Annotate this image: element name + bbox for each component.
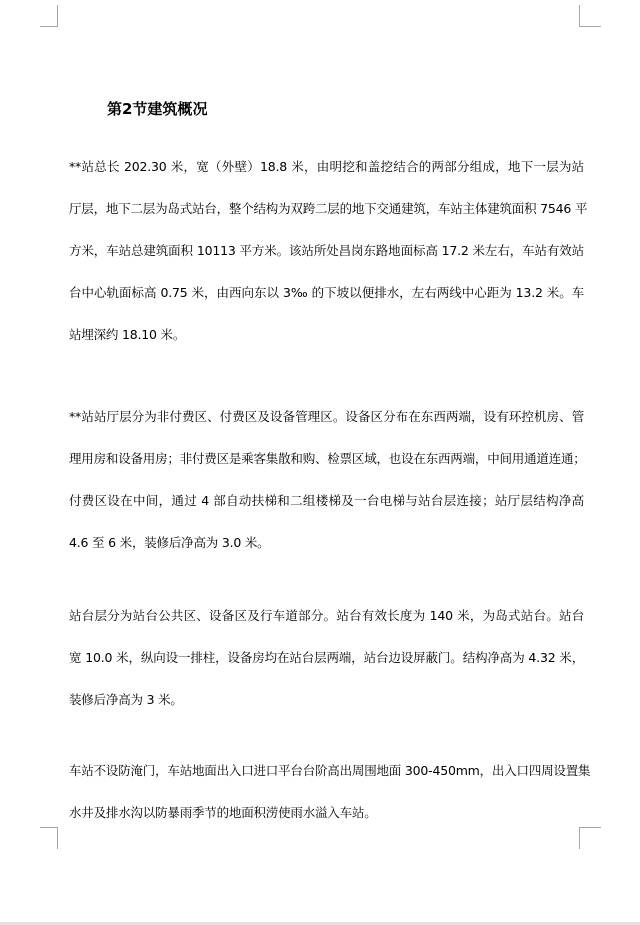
text-line: 4.6 至 6 米，装修后净高为 3.0 米。 — [69, 533, 584, 575]
paragraph-station-overview: **站总长 202.30 米，宽（外壁）18.8 米，由明挖和盖挖结合的两部分组… — [69, 157, 584, 367]
paragraph-concourse-level: **站站厅层分为非付费区、付费区及设备管理区。设备区分布在东西两端，设有环控机房… — [69, 407, 584, 575]
text-line: 装修后净高为 3 米。 — [69, 690, 584, 732]
text-line: 付费区设在中间，通过 4 部自动扶梯和二组楼梯及一台电梯与站台层连接；站厅层结构… — [69, 491, 584, 533]
paragraph-platform-level: 站台层分为站台公共区、设备区及行车道部分。站台有效长度为 140 米，为岛式站台… — [69, 606, 584, 732]
text-line: 理用房和设备用房；非付费区是乘客集散和购、检票区域，也设在东西两端，中间用通道连… — [69, 449, 584, 491]
paragraph-flood-protection: 车站不设防淹门，车站地面出入口进口平台台阶高出周围地面 300-450mm，出入… — [69, 761, 584, 845]
page-corner-mark-top-right — [579, 5, 601, 27]
text-line: 方米，车站总建筑面积 10113 平方米。该站所处昌岗东路地面标高 17.2 米… — [69, 241, 584, 283]
text-line: 车站不设防淹门，车站地面出入口进口平台台阶高出周围地面 300-450mm，出入… — [69, 761, 584, 803]
page-corner-mark-top-left — [40, 5, 58, 27]
text-line: 站埋深约 18.10 米。 — [69, 325, 584, 367]
text-line: 台中心轨面标高 0.75 米，由西向东以 3‰ 的下坡以便排水，左右两线中心距为… — [69, 283, 584, 325]
section-title: 第2节建筑概况 — [107, 98, 207, 119]
text-line: 宽 10.0 米，纵向设一排柱，设备房均在站台层两端，站台边设屏蔽门。结构净高为… — [69, 648, 584, 690]
text-line: 厅层，地下二层为岛式站台，整个结构为双跨二层的地下交通建筑，车站主体建筑面积 7… — [69, 199, 584, 241]
text-line: 站台层分为站台公共区、设备区及行车道部分。站台有效长度为 140 米，为岛式站台… — [69, 606, 584, 648]
page-corner-mark-bottom-left — [40, 827, 58, 849]
text-line: **站站厅层分为非付费区、付费区及设备管理区。设备区分布在东西两端，设有环控机房… — [69, 407, 584, 449]
text-line: **站总长 202.30 米，宽（外壁）18.8 米，由明挖和盖挖结合的两部分组… — [69, 157, 584, 199]
text-line: 水井及排水沟以防暴雨季节的地面积涝使雨水溢入车站。 — [69, 803, 584, 845]
